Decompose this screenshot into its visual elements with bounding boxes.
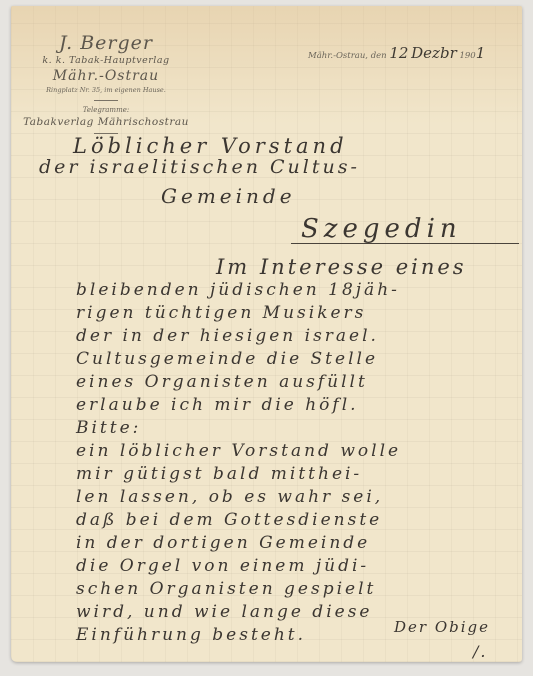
body-line: schen Organisten gespielt	[76, 578, 533, 601]
signoff: Der Obige	[394, 618, 490, 636]
dateline-year-handwritten: 1	[476, 44, 486, 62]
body-line: bleibenden jüdischen 18jäh-	[76, 279, 533, 302]
body-line: Im Interesse eines	[76, 256, 533, 279]
letterhead-address: Ringplatz Nr. 35, im eigenen Hause.	[11, 85, 201, 96]
body-line: in der dortigen Gemeinde	[76, 532, 533, 555]
body-line: die Orgel von einem jüdi-	[76, 555, 533, 578]
recipient-line-3: Gemeinde	[161, 184, 296, 208]
recipient-line-1: Löblicher Vorstand	[73, 134, 348, 158]
letter-paper: J. Berger k. k. Tabak-Hauptverlag Mähr.-…	[11, 6, 522, 662]
body-line: len lassen, ob es wahr sei,	[76, 486, 533, 509]
letter-body: Im Interesse eines bleibenden jüdischen …	[76, 256, 533, 647]
letterhead-city: Mähr.-Ostrau	[11, 68, 201, 85]
dateline-place: Mähr.-Ostrau, den	[308, 51, 387, 61]
letterhead-divider	[94, 100, 118, 101]
dateline-year-printed: 190	[459, 51, 475, 61]
signature-mark: /.	[473, 642, 487, 661]
body-line: mir gütigst bald mitthei-	[76, 463, 533, 486]
body-line: ein löblicher Vorstand wolle	[76, 440, 533, 463]
letterhead: J. Berger k. k. Tabak-Hauptverlag Mähr.-…	[11, 32, 201, 138]
body-line: der in der hiesigen israel.	[76, 325, 533, 348]
telegram-address: Tabakverlag Mährischostrau	[11, 115, 201, 129]
body-line: Bitte:	[76, 417, 533, 440]
body-line: eines Organisten ausfüllt	[76, 371, 533, 394]
recipient-city: Szegedin	[301, 214, 462, 244]
telegram-label: Telegramme:	[11, 105, 201, 115]
body-line: Cultusgemeinde die Stelle	[76, 348, 533, 371]
recipient-city-underline	[291, 243, 519, 244]
letterhead-name: J. Berger	[11, 32, 201, 54]
body-line: daß bei dem Gottesdienste	[76, 509, 533, 532]
dateline-month: Dezbr	[411, 44, 457, 62]
body-line: rigen tüchtigen Musikers	[76, 302, 533, 325]
dateline-day: 12	[389, 44, 408, 62]
body-line: erlaube ich mir die höfl.	[76, 394, 533, 417]
dateline: Mähr.-Ostrau, den 12 Dezbr 1901	[308, 44, 485, 62]
recipient-line-2: der israelitischen Cultus-	[39, 156, 360, 178]
letterhead-trade: k. k. Tabak-Hauptverlag	[11, 54, 201, 68]
